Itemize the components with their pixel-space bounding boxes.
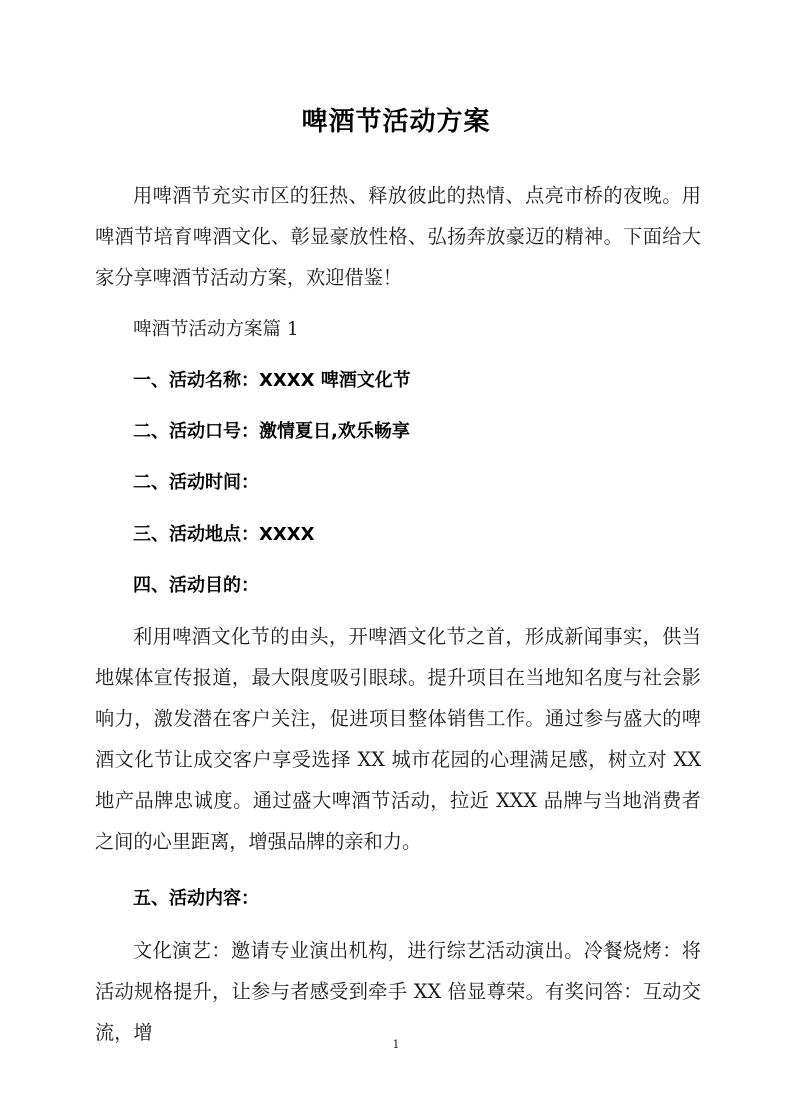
document-title: 啤酒节活动方案	[0, 104, 792, 140]
heading-activity-location: 三、活动地点：XXXX	[133, 521, 315, 549]
content-paragraph: 文化演艺：邀请专业演出机构，进行综艺活动演出。冷餐烧烤：将活动规格提升，让参与者…	[95, 930, 701, 1053]
heading-activity-name: 一、活动名称：XXXX 啤酒文化节	[133, 367, 411, 395]
heading-activity-slogan: 二、活动口号：激情夏日,欢乐畅享	[133, 418, 410, 446]
heading-activity-time: 二、活动时间：	[133, 469, 259, 497]
section-title: 啤酒节活动方案篇 1	[133, 316, 299, 344]
purpose-paragraph: 利用啤酒文化节的由头，开啤酒文化节之首，形成新闻事实，供当地媒体宣传报道，最大限…	[95, 616, 701, 862]
heading-activity-purpose: 四、活动目的：	[133, 572, 259, 600]
intro-paragraph: 用啤酒节充实市区的狂热、释放彼此的热情、点亮市桥的夜晚。用啤酒节培育啤酒文化、彰…	[95, 175, 701, 298]
document-page: 啤酒节活动方案 用啤酒节充实市区的狂热、释放彼此的热情、点亮市桥的夜晚。用啤酒节…	[0, 0, 792, 1120]
page-number: 1	[0, 1038, 792, 1052]
heading-activity-content: 五、活动内容：	[133, 885, 259, 913]
